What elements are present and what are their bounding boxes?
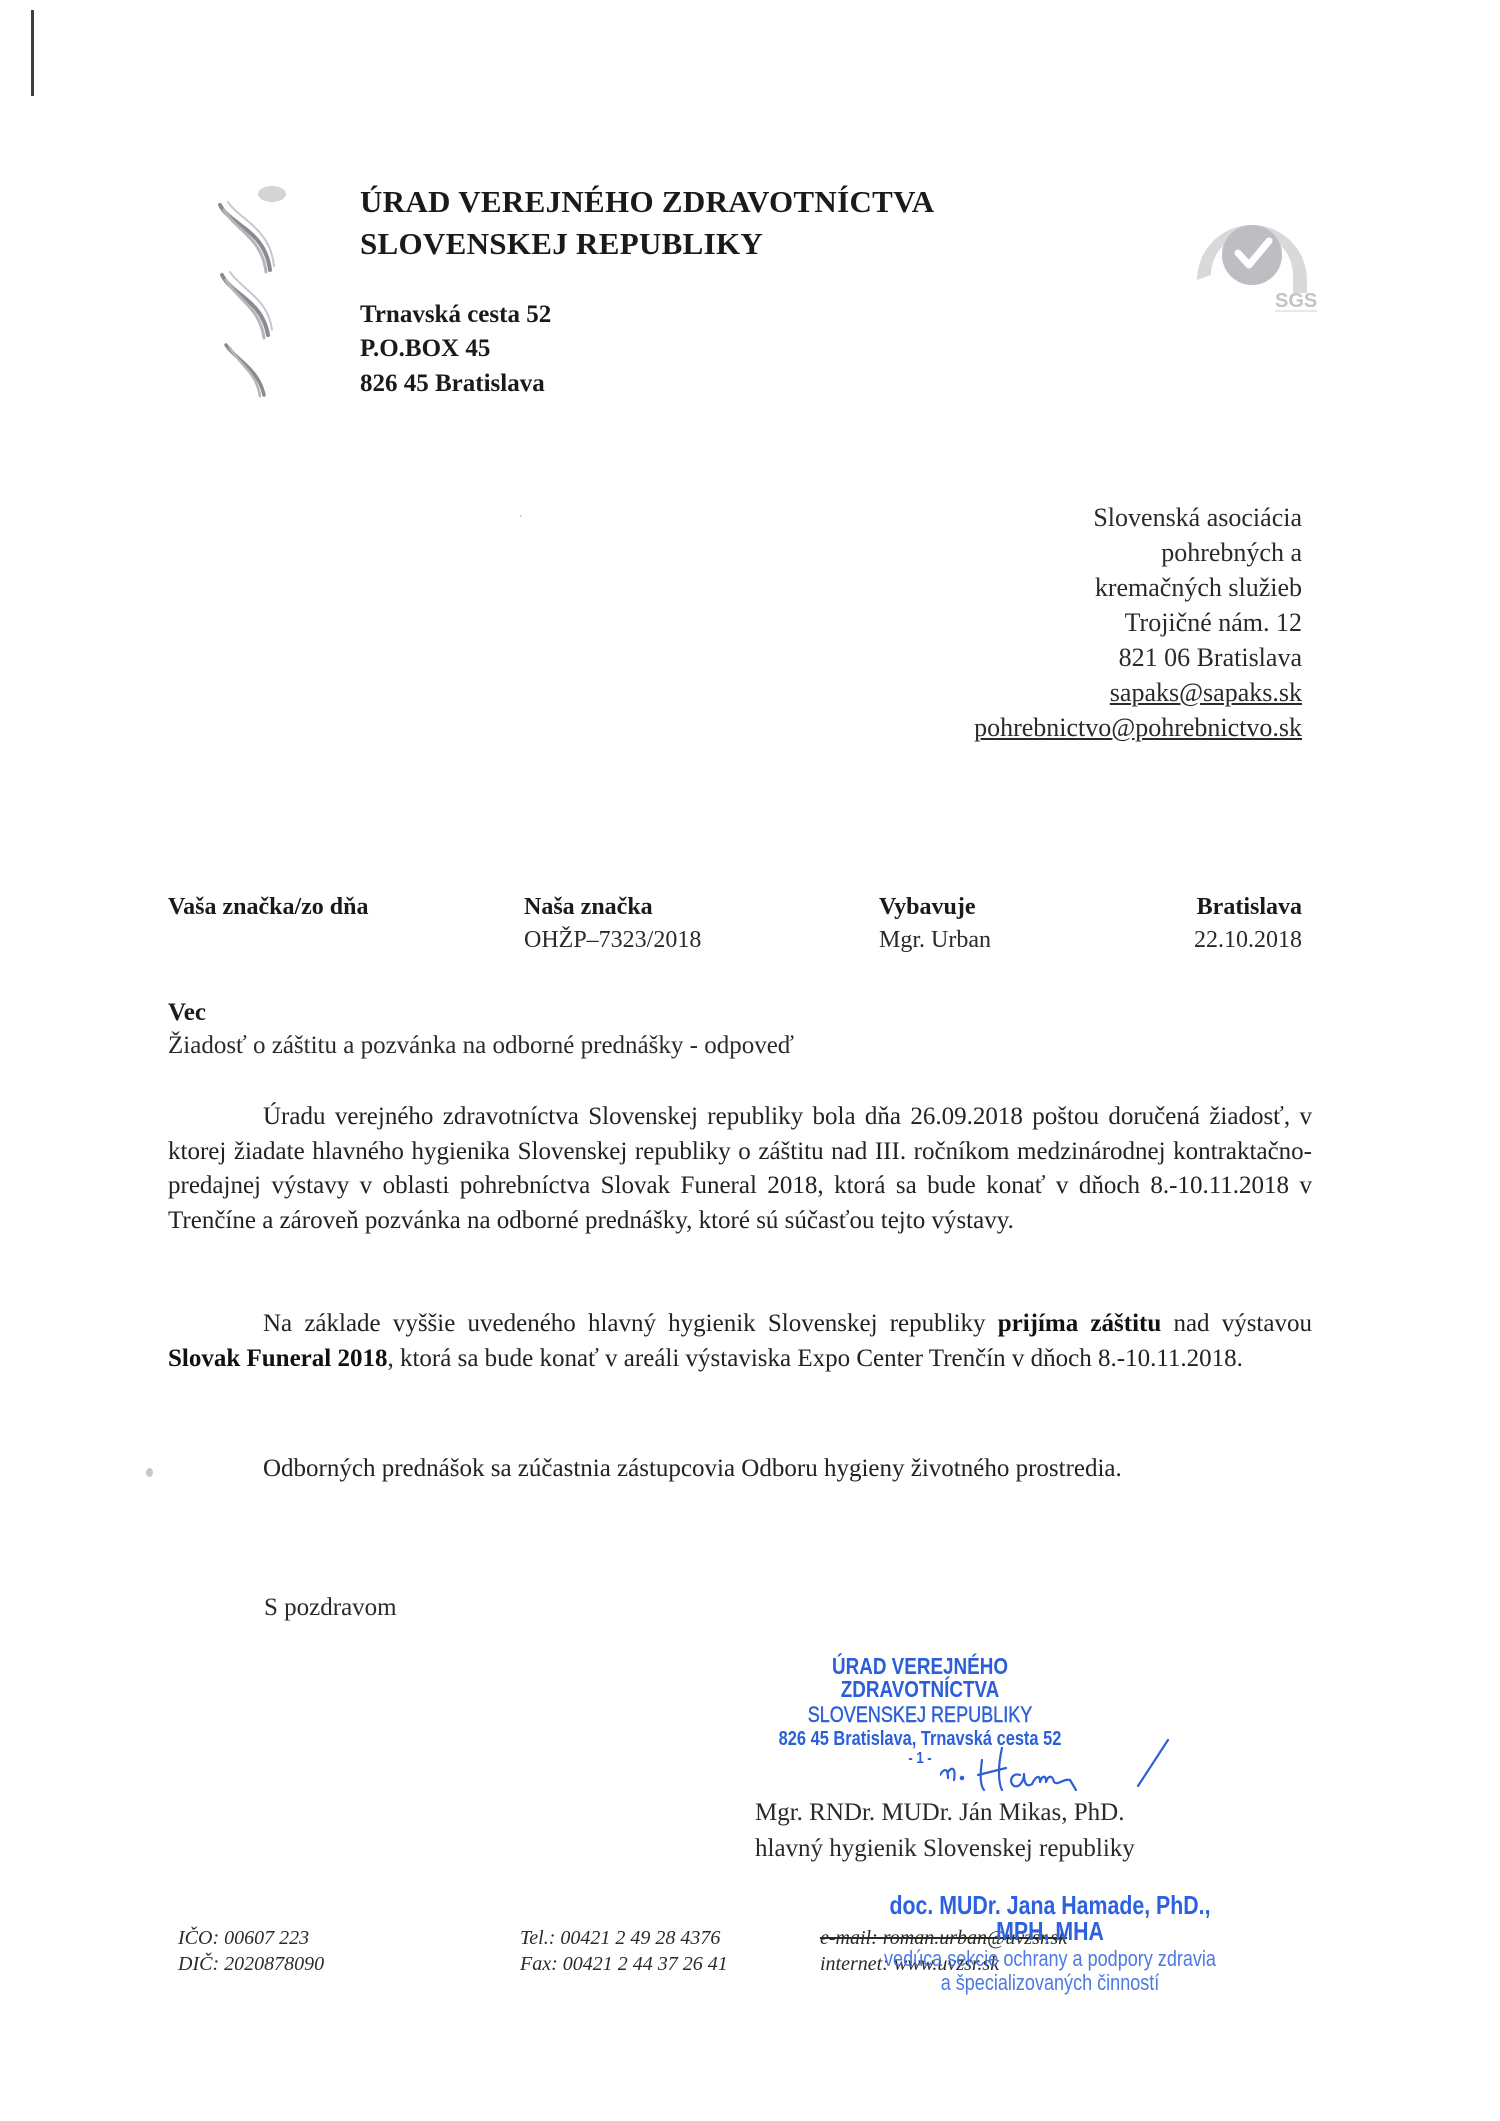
body-paragraph-3: Odborných prednášok sa zúčastnia zástupc… bbox=[168, 1452, 1312, 1487]
body-paragraph-3-text: Odborných prednášok sa zúčastnia zástupc… bbox=[263, 1455, 1122, 1482]
stamp2-position-line1: vedúca sekcie ochrany a podpory zdravia bbox=[870, 1948, 1231, 1970]
signatory-stamp: doc. MUDr. Jana Hamade, PhD., MPH, MHA v… bbox=[830, 1892, 1270, 1994]
sgs-certification-checkmark-icon: SGS bbox=[1175, 175, 1325, 320]
closing-salutation: S pozdravom bbox=[264, 1595, 397, 1620]
recipient-line: pohrebných a bbox=[974, 535, 1302, 570]
stamp2-position-line2: a špecializovaných činností bbox=[870, 1972, 1231, 1994]
recipient-line: Trojičné nám. 12 bbox=[974, 605, 1302, 640]
org-address-city: 826 45 Bratislava bbox=[360, 371, 545, 396]
recipient-address-block: Slovenská asociácia pohrebných a kremačn… bbox=[974, 500, 1302, 745]
signer-name: Mgr. RNDr. MUDr. Ján Mikas, PhD. bbox=[755, 1800, 1124, 1825]
footer-fax: Fax: 00421 2 44 37 26 41 bbox=[520, 1951, 728, 1977]
body-paragraph-1: Úradu verejného zdravotníctva Slovenskej… bbox=[168, 1100, 1312, 1238]
body-paragraph-1-text: Úradu verejného zdravotníctva Slovenskej… bbox=[168, 1103, 1312, 1234]
our-reference-label: Naša značka bbox=[524, 895, 653, 919]
footer-dic: DIČ: 2020878090 bbox=[178, 1951, 324, 1977]
signer-title: hlavný hygienik Slovenskej republiky bbox=[755, 1836, 1135, 1861]
body-text: Na základe vyššie uvedeného hlavný hygie… bbox=[263, 1310, 998, 1337]
footer-company-ids: IČO: 00607 223 DIČ: 2020878090 bbox=[178, 1925, 324, 1977]
recipient-email-link[interactable]: sapaks@sapaks.sk bbox=[1110, 678, 1302, 707]
event-name-bold: Slovak Funeral 2018 bbox=[168, 1345, 387, 1372]
your-reference-label: Vaša značka/zo dňa bbox=[168, 895, 368, 919]
institution-logo-icon bbox=[210, 180, 290, 400]
scan-speck bbox=[520, 515, 522, 517]
scan-speck bbox=[146, 1468, 153, 1477]
org-name-line1: ÚRAD VEREJNÉHO ZDRAVOTNÍCTVA bbox=[360, 186, 935, 217]
handled-by-value: Mgr. Urban bbox=[879, 928, 991, 952]
body-text: , ktorá sa bude konať v areáli výstavisk… bbox=[387, 1345, 1242, 1372]
org-name-line2: SLOVENSKEJ REPUBLIKY bbox=[360, 228, 763, 259]
our-reference-value: OHŽP–7323/2018 bbox=[524, 928, 701, 952]
recipient-line: kremačných služieb bbox=[974, 570, 1302, 605]
footer-tel: Tel.: 00421 2 49 28 4376 bbox=[520, 1925, 728, 1951]
org-address-street: Trnavská cesta 52 bbox=[360, 302, 551, 327]
body-text-bold: prijíma záštitu bbox=[998, 1310, 1162, 1337]
scan-artifact-bar bbox=[31, 10, 34, 96]
subject-label: Vec bbox=[168, 1000, 206, 1025]
footer-ico: IČO: 00607 223 bbox=[178, 1925, 324, 1951]
stamp-line1: ÚRAD VEREJNÉHO ZDRAVOTNÍCTVA bbox=[756, 1655, 1084, 1701]
body-paragraph-2: Na základe vyššie uvedeného hlavný hygie… bbox=[168, 1307, 1312, 1376]
svg-text:SGS: SGS bbox=[1275, 290, 1317, 312]
stamp2-name: doc. MUDr. Jana Hamade, PhD., MPH, MHA bbox=[870, 1892, 1231, 1944]
letter-date: 22.10.2018 bbox=[1194, 928, 1302, 952]
recipient-line: 821 06 Bratislava bbox=[974, 640, 1302, 675]
recipient-email-link[interactable]: pohrebnictvo@pohrebnictvo.sk bbox=[974, 713, 1302, 742]
handled-by-label: Vybavuje bbox=[879, 895, 975, 919]
subject-text: Žiadosť o záštitu a pozvánka na odborné … bbox=[168, 1033, 794, 1058]
place-label: Bratislava bbox=[1197, 895, 1302, 919]
footer-phone-fax: Tel.: 00421 2 49 28 4376 Fax: 00421 2 44… bbox=[520, 1925, 728, 1977]
handwritten-signature-icon bbox=[940, 1720, 1240, 1810]
recipient-line: Slovenská asociácia bbox=[974, 500, 1302, 535]
body-text: nad výstavou bbox=[1161, 1310, 1312, 1337]
org-address-pobox: P.O.BOX 45 bbox=[360, 336, 490, 361]
